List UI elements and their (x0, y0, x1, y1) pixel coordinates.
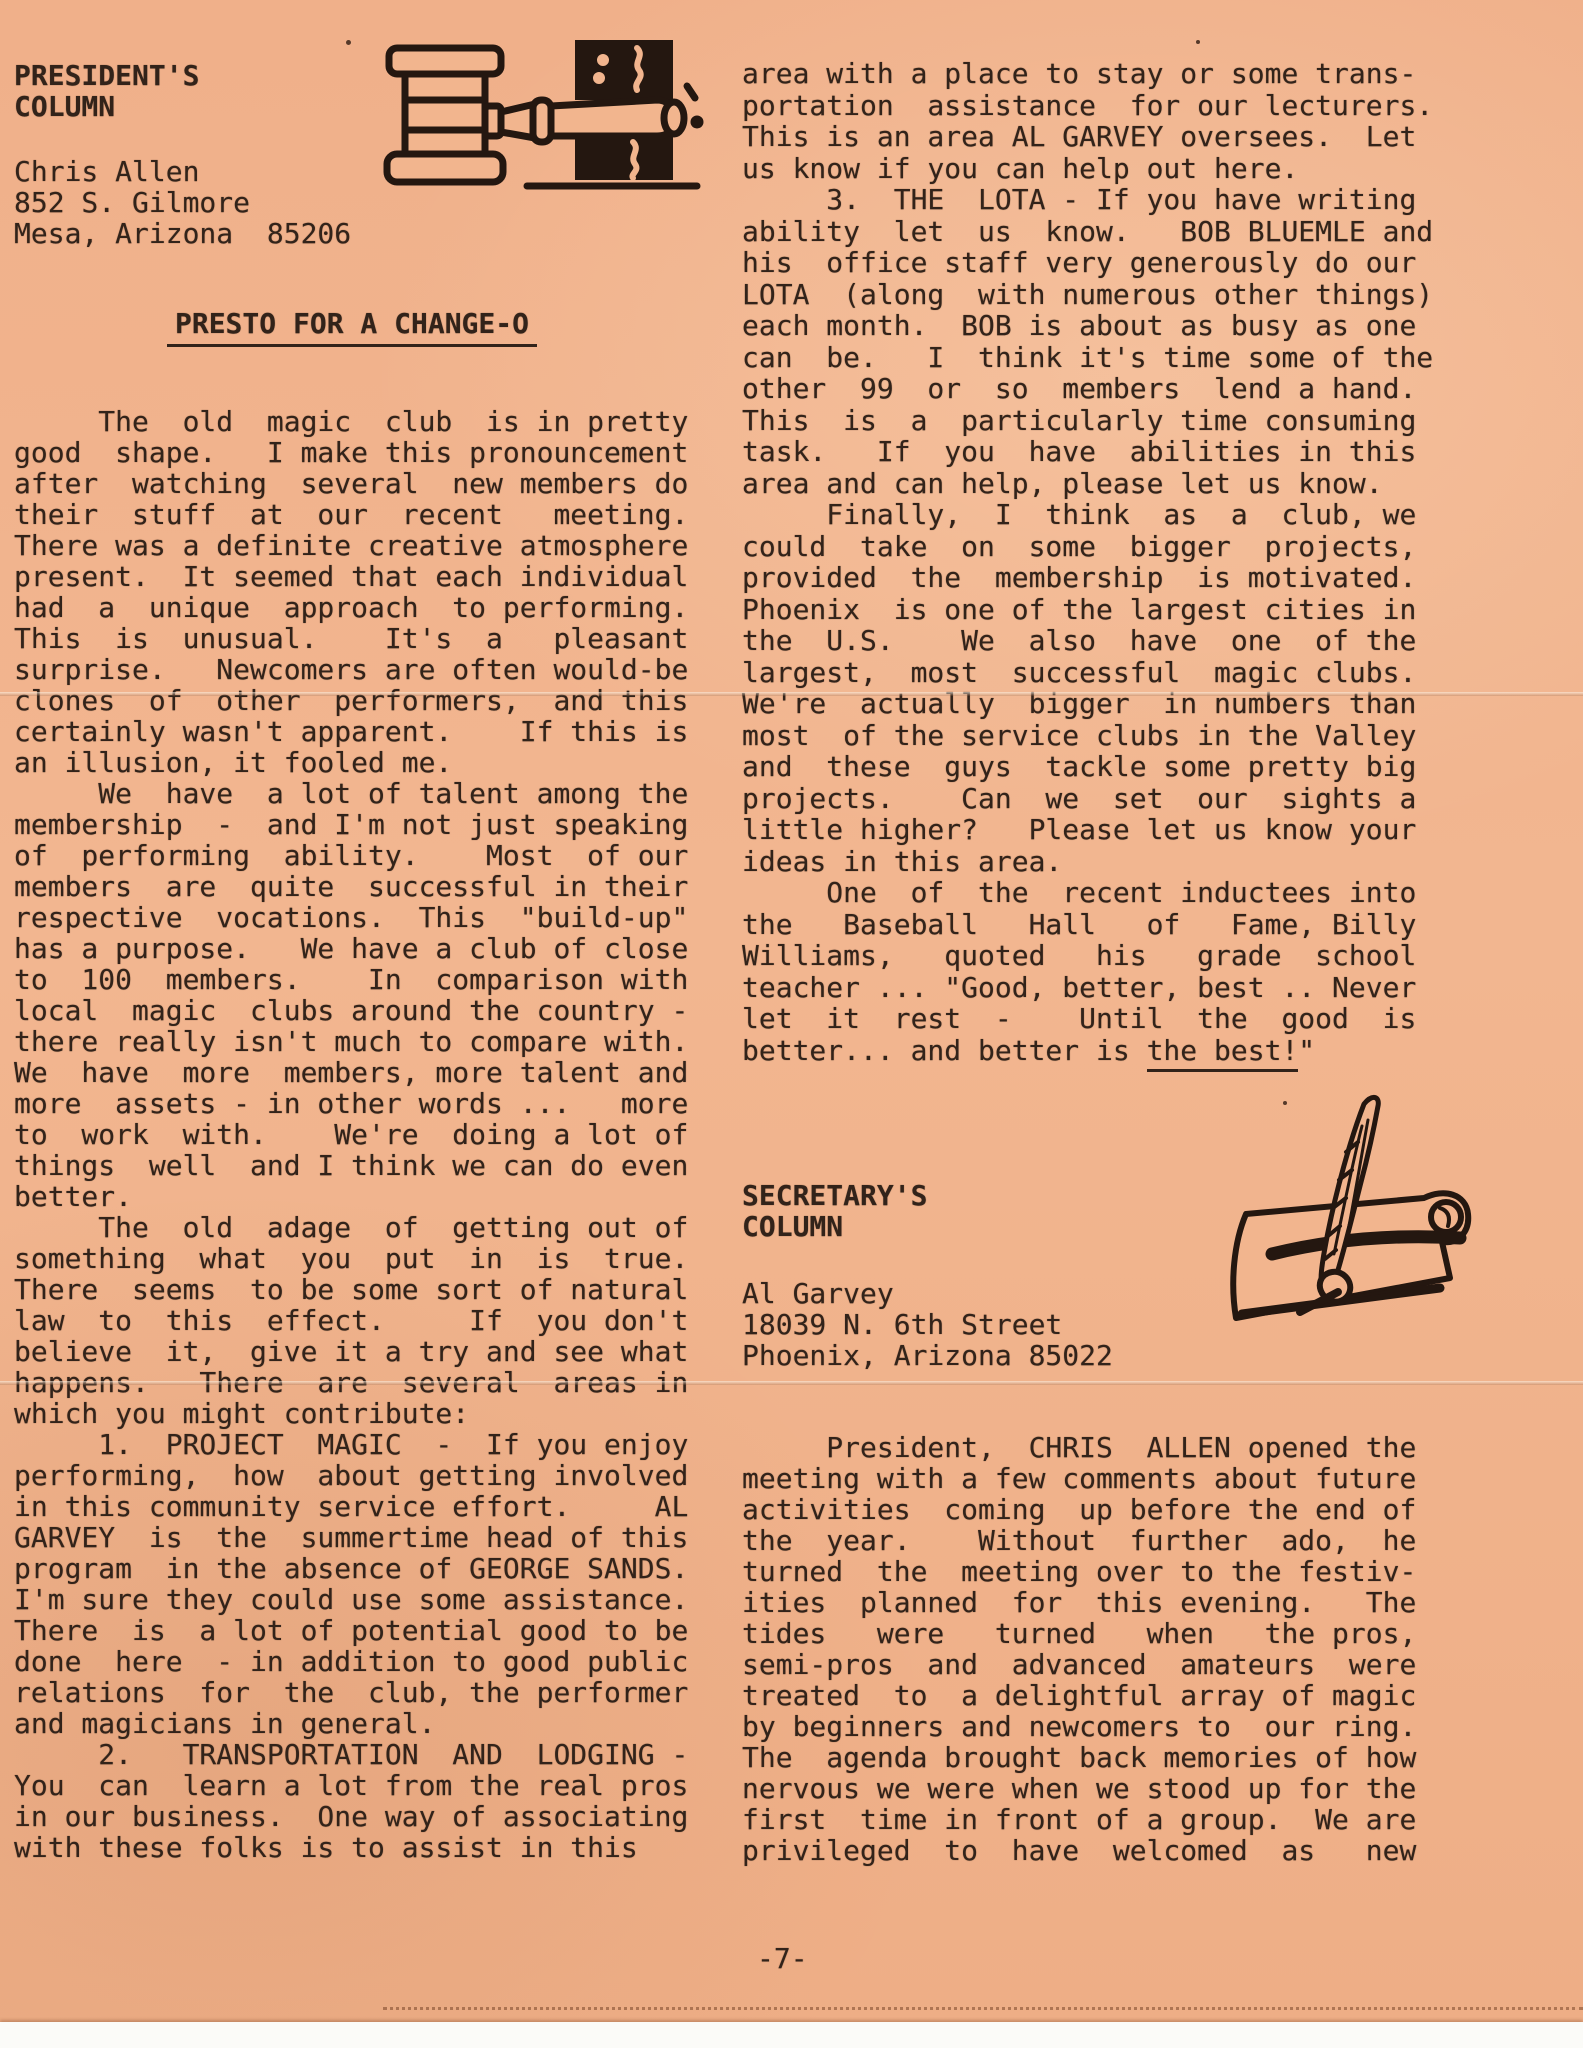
president-author-address: Chris Allen 852 S. Gilmore Mesa, Arizona… (14, 156, 351, 249)
secretary-author-address: Al Garvey 18039 N. 6th Street Phoenix, A… (742, 1278, 1113, 1371)
page-number: -7- (757, 1943, 808, 1974)
gavel-illustration (375, 34, 710, 204)
secretary-column-header: SECRETARY'S COLUMN (742, 1180, 927, 1242)
secretary-column-body-text: President, CHRIS ALLEN opened the meetin… (742, 1432, 1416, 1866)
paper-fold-crease (0, 1381, 1583, 1385)
perforation-dots (383, 2007, 1583, 2010)
article-title: PRESTO FOR A CHANGE-O (14, 308, 690, 339)
paper-speck (1283, 1101, 1287, 1105)
quote-final-line-underlined: the best! (1147, 1034, 1299, 1072)
president-column-body-text: The old magic club is in pretty good sha… (14, 406, 688, 1863)
president-column-header: PRESIDENT'S COLUMN (14, 60, 199, 122)
newsletter-page: PRESIDENT'S COLUMN Chris Allen 852 S. Gi… (0, 0, 1583, 2048)
scan-edge-strip (0, 2022, 1583, 2048)
paper-speck (1196, 40, 1200, 44)
quote-final-line-pre: better... and better is (742, 1034, 1147, 1067)
quote-final-line-post: " (1298, 1034, 1315, 1067)
article-title-text: PRESTO FOR A CHANGE-O (167, 307, 537, 347)
quote-final-line: better... and better is the best!" (742, 1035, 1315, 1066)
paper-fold-crease (0, 692, 1583, 696)
quill-and-scroll-illustration (1212, 1086, 1504, 1328)
right-column-body-text: area with a place to stay or some trans-… (742, 58, 1433, 1035)
paper-speck (346, 40, 351, 45)
